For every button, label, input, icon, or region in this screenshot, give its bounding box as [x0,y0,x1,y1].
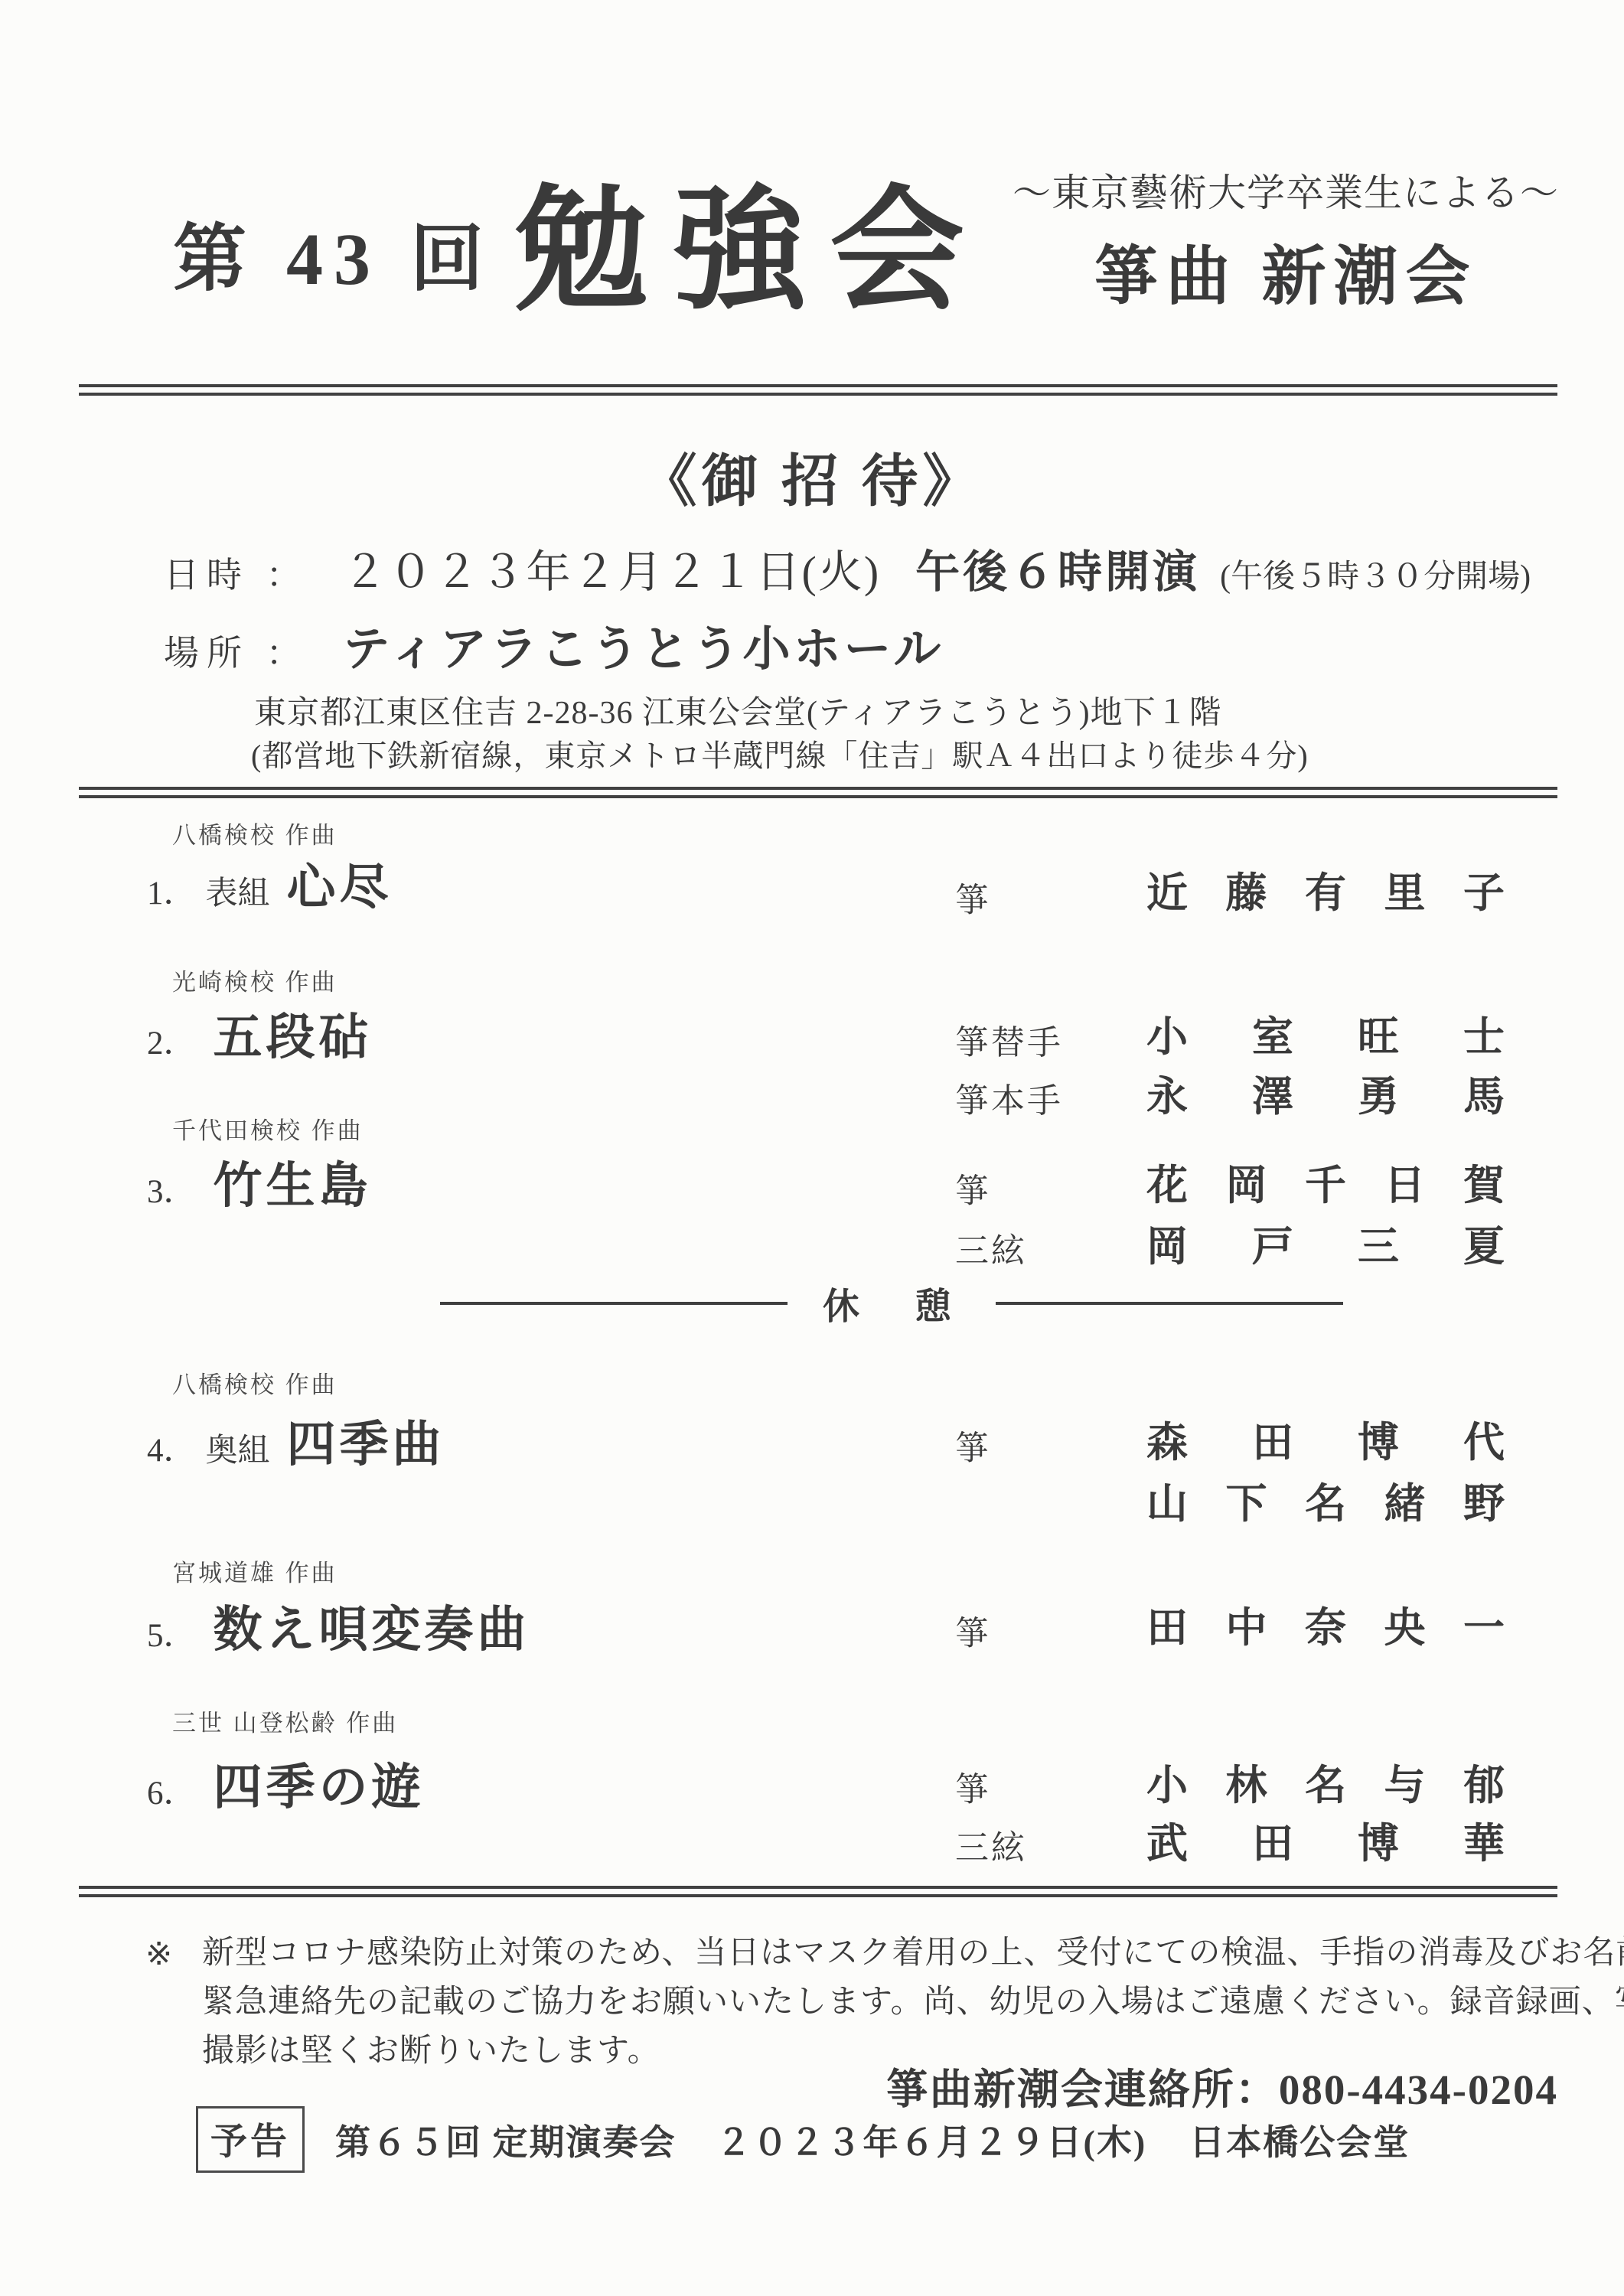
event-subtitle: ～東京藝術大学卒業生による～ [995,162,1577,217]
announcement-venue: 日本橋公会堂 [1189,2115,1410,2165]
invitation-heading: 《御 招 待》 [0,436,1624,517]
piece-number: 4． [147,1424,197,1471]
venue-address: 東京都江東区住吉 2-28-36 江東公会堂(ティアラこうとう)地下１階 [254,687,1222,733]
piece-number: 2． [147,1017,197,1064]
venue-name: ティアラこうとう小ホール [343,611,944,679]
datetime-row: 日時 ： ２０２３年２月２１日(火) 午後６時開演 (午後５時３０分開場) [164,536,1531,600]
piece-title: 心尽 [287,848,393,918]
piece-title: 数え唄変奏曲 [214,1590,530,1661]
doors-open-note: (午後５時３０分開場) [1220,551,1531,597]
intermission-line-right [996,1302,1343,1305]
event-start-time: 午後６時開演 [915,536,1200,600]
performer-name: 花岡千日賀 [1146,1153,1505,1212]
performer-role: 三絃 [955,1820,1027,1869]
covid-notice-line: 緊急連絡先の記載のご協力をお願いいたします。尚、幼児の入場はご遠慮ください。録音… [145,1978,1577,2027]
performer-role: 箏 [955,872,991,921]
piece-title: 四季の遊 [214,1748,425,1818]
performer-role: 箏 [955,1762,991,1811]
place-label: 場所 ： [164,625,309,676]
performer-role: 三絃 [955,1223,1027,1272]
performer-name: 田中奈央一 [1146,1595,1505,1654]
performer-role: 箏替手 [955,1015,1063,1064]
intermission-row: 休 憩 [440,1277,1343,1329]
session-number: 第 43 回 [173,201,494,305]
piece-title-row: 2． 五段砧 [147,998,372,1068]
composer-credit: 宮城道雄 作曲 [172,1554,338,1588]
announcement-date: ２０２３年６月２９日(木) [716,2115,1147,2165]
composer-credit: 八橋検校 作曲 [172,816,338,850]
concert-program-page: 第 43 回 勉強会 ～東京藝術大学卒業生による～ 箏曲 新潮会 《御 招 待》… [0,0,1624,2296]
piece-number: 5． [147,1609,197,1656]
piece-title-row: 1． 表組 心尽 [147,848,393,918]
divider-top [79,384,1557,396]
performer-name: 岡戸三夏 [1146,1214,1505,1273]
piece-number: 6． [147,1767,197,1814]
piece-title: 竹生島 [214,1146,372,1217]
performer-name: 小室旺士 [1146,1004,1505,1063]
datetime-label: 日時 ： [164,547,309,598]
note-marker: ※ [145,1930,172,1979]
performer-name: 小林名与郁 [1146,1753,1505,1812]
piece-prefix: 表組 [206,868,270,914]
venue-access: (都営地下鉄新宿線，東京メトロ半蔵門線「住吉」駅Ａ４出口より徒歩４分) [251,732,1309,775]
header-right-block: ～東京藝術大学卒業生による～ 箏曲 新潮会 [995,162,1577,318]
composer-credit: 千代田検校 作曲 [172,1111,364,1146]
event-date: ２０２３年２月２１日(火) [343,536,881,600]
piece-prefix: 奥組 [206,1425,270,1471]
piece-number: 1． [147,867,197,914]
place-row: 場所 ： ティアラこうとう小ホール [164,611,944,679]
performer-name: 森田博代 [1146,1410,1505,1469]
intermission-line-left [440,1302,788,1305]
performer-role: 箏本手 [955,1073,1063,1122]
composer-credit: 八橋検校 作曲 [172,1365,338,1400]
divider-footer [79,1886,1557,1897]
composer-credit: 光崎検校 作曲 [172,963,338,997]
piece-title: 五段砧 [214,998,372,1068]
piece-title: 四季曲 [287,1405,445,1476]
piece-number: 3． [147,1166,197,1212]
covid-notice-line: 新型コロナ感染防止対策のため、当日はマスク着用の上、受付にての検温、手指の消毒及… [145,1929,1577,1978]
announcement-row: 予告 第６５回 定期演奏会 ２０２３年６月２９日(木) 日本橋公会堂 [196,2106,1410,2173]
divider-program-top [79,787,1557,798]
performer-name: 山下名緒野 [1146,1471,1505,1530]
performer-name: 近藤有里子 [1146,860,1505,919]
announcement-label-box: 予告 [196,2106,305,2173]
performer-name: 永澤勇馬 [1146,1064,1505,1123]
covid-notice: ※ 新型コロナ感染防止対策のため、当日はマスク着用の上、受付にての検温、手指の消… [145,1929,1577,2076]
event-title: 勉強会 [514,142,987,336]
piece-title-row: 6． 四季の遊 [147,1748,425,1818]
intermission-label: 休 憩 [823,1277,960,1329]
piece-title-row: 5． 数え唄変奏曲 [147,1590,530,1661]
performer-name: 武田博華 [1146,1811,1505,1870]
performer-role: 箏 [955,1606,991,1655]
composer-credit: 三世 山登松齢 作曲 [172,1704,398,1738]
piece-title-row: 4． 奥組 四季曲 [147,1405,445,1476]
performer-role: 箏 [955,1163,991,1212]
organization-name: 箏曲 新潮会 [995,225,1577,318]
announcement-event: 第６５回 定期演奏会 [335,2115,677,2165]
performer-role: 箏 [955,1420,991,1469]
piece-title-row: 3． 竹生島 [147,1146,372,1217]
